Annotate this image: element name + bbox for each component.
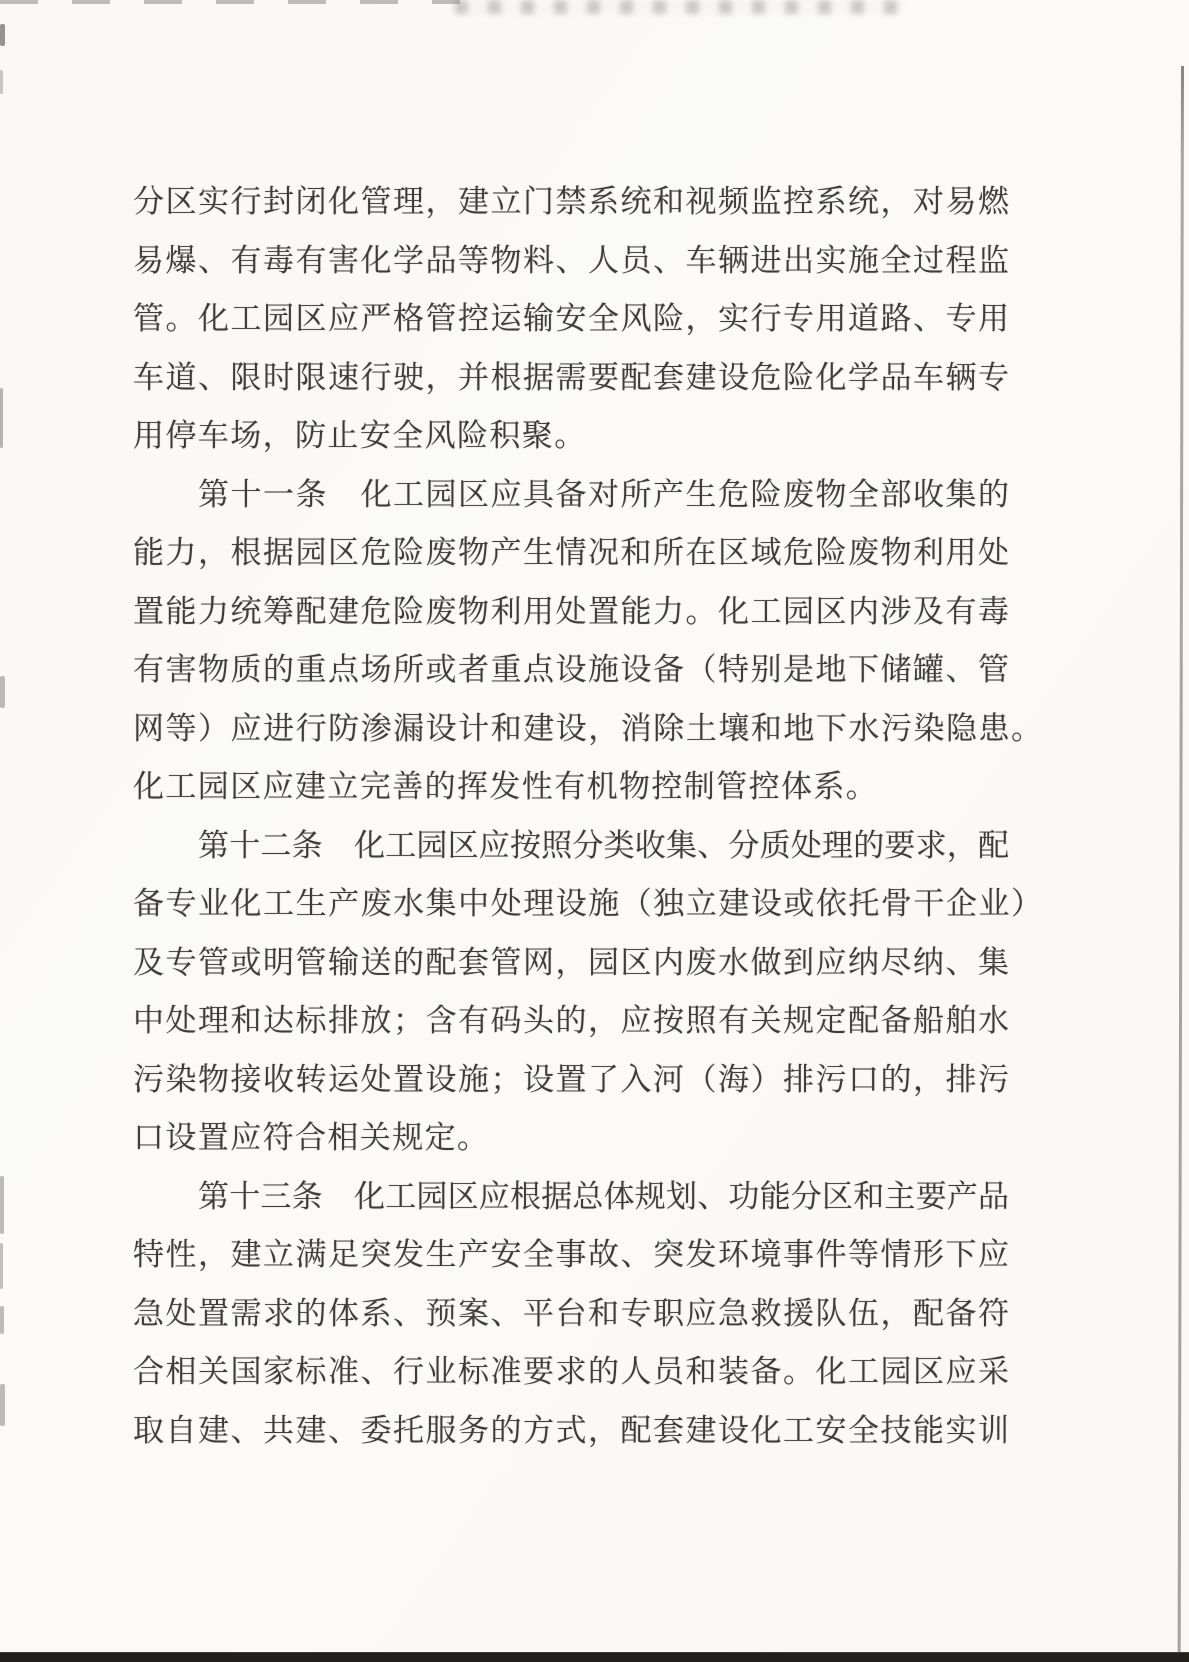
text-line: 备专业化工生产废水集中处理设施（独立建设或依托骨干企业） <box>133 875 1042 934</box>
text-line: 能力，根据园区危险废物产生情况和所在区域危险废物利用处 <box>133 524 1009 583</box>
text-line: 取自建、共建、委托服务的方式，配套建设化工安全技能实训 <box>133 1402 1009 1461</box>
text-line: 管。化工园区应严格管控运输安全风险，实行专用道路、专用 <box>133 290 1009 349</box>
scan-artifact-left-mark <box>0 388 3 448</box>
text-line: 有害物质的重点场所或者重点设施设备（特别是地下储罐、管 <box>133 641 1009 700</box>
scan-artifact-left-mark <box>0 1243 3 1289</box>
scanned-page: 分区实行封闭化管理，建立门禁系统和视频监控系统，对易燃易爆、有毒有害化学品等物料… <box>0 0 1189 1662</box>
scan-artifact-top-dashes <box>0 0 460 4</box>
text-line: 第十三条 化工园区应根据总体规划、功能分区和主要产品 <box>133 1168 1009 1227</box>
text-line: 化工园区应建立完善的挥发性有机物控制管控体系。 <box>133 758 1009 817</box>
scan-artifact-left-mark <box>0 676 5 708</box>
text-line: 合相关国家标准、行业标准要求的人员和装备。化工园区应采 <box>133 1343 1009 1402</box>
text-line: 置能力统筹配建危险废物利用处置能力。化工园区内涉及有毒 <box>133 583 1009 642</box>
scan-page-edge-line <box>1178 66 1184 1656</box>
scan-bottom-bar <box>0 1652 1189 1662</box>
text-line: 用停车场，防止安全风险积聚。 <box>133 407 1009 466</box>
scan-artifact-left-mark <box>0 1176 4 1234</box>
text-line: 口设置应符合相关规定。 <box>133 1109 1009 1168</box>
text-line: 污染物接收转运处置设施；设置了入河（海）排污口的，排污 <box>133 1051 1009 1110</box>
scan-artifact-left-mark <box>0 1384 5 1426</box>
text-block: 分区实行封闭化管理，建立门禁系统和视频监控系统，对易燃易爆、有毒有害化学品等物料… <box>133 173 1009 1460</box>
text-line: 网等）应进行防渗漏设计和建设，消除土壤和地下水污染隐患。 <box>133 700 1042 759</box>
scan-artifact-left-mark <box>0 1306 4 1334</box>
text-line: 第十一条 化工园区应具备对所产生危险废物全部收集的 <box>133 466 1009 525</box>
text-line: 第十二条 化工园区应按照分类收集、分质处理的要求，配 <box>133 817 1009 876</box>
text-line: 车道、限时限速行驶，并根据需要配套建设危险化学品车辆专 <box>133 349 1009 408</box>
text-line: 急处置需求的体系、预案、平台和专职应急救援队伍，配备符 <box>133 1285 1009 1344</box>
text-line: 及专管或明管输送的配套管网，园区内废水做到应纳尽纳、集 <box>133 934 1009 993</box>
text-line: 易爆、有毒有害化学品等物料、人员、车辆进出实施全过程监 <box>133 232 1009 291</box>
scan-artifact-left-mark <box>0 70 3 94</box>
text-line: 分区实行封闭化管理，建立门禁系统和视频监控系统，对易燃 <box>133 173 1009 232</box>
text-line: 中处理和达标排放；含有码头的，应按照有关规定配备船舶水 <box>133 992 1009 1051</box>
text-line: 特性，建立满足突发生产安全事故、突发环境事件等情形下应 <box>133 1226 1009 1285</box>
scan-artifact-left-mark <box>0 24 5 46</box>
scan-artifact-ghost-text <box>455 0 905 14</box>
